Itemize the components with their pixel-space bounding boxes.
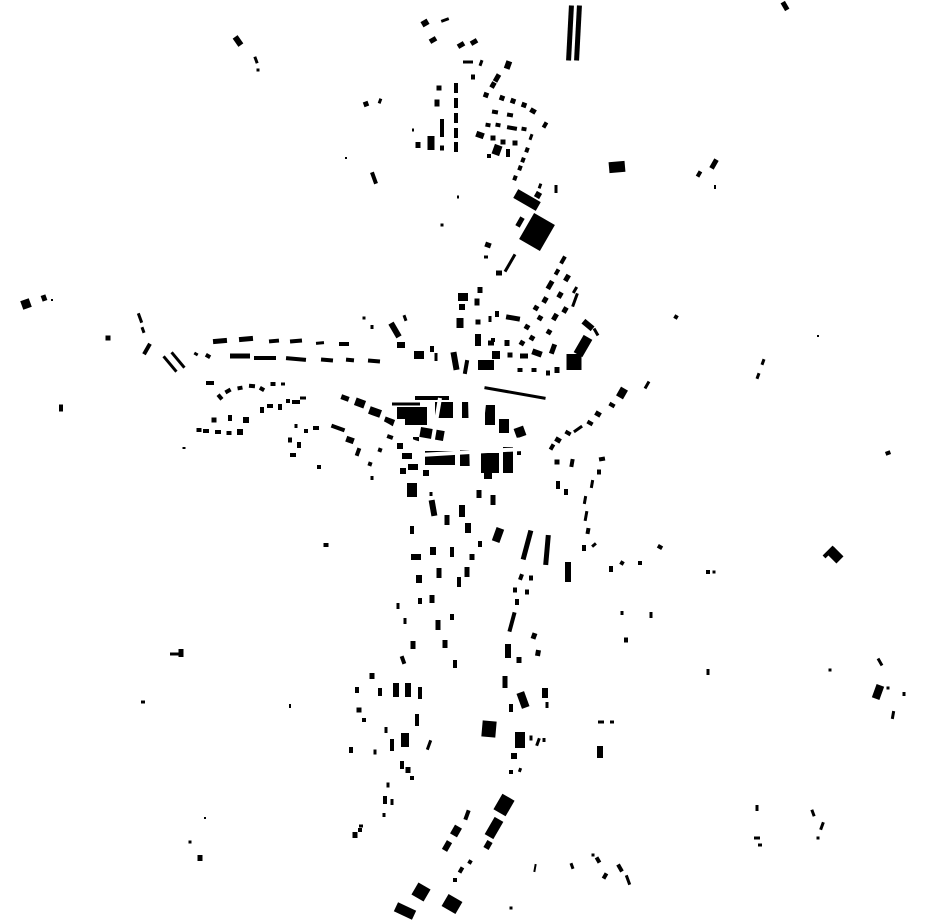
building-footprint: [357, 708, 362, 713]
building-footprint: [260, 407, 264, 413]
building-footprint: [608, 402, 615, 408]
building-footprint: [317, 465, 321, 469]
building-footprint: [499, 95, 505, 101]
building-footprint: [378, 98, 383, 104]
building-footprint: [435, 353, 438, 361]
building-footprint: [609, 161, 626, 173]
building-footprint: [411, 882, 430, 901]
building-footprint: [885, 450, 891, 455]
building-footprint: [400, 761, 404, 769]
building-footprints: [20, 1, 905, 920]
building-footprint: [877, 658, 884, 666]
building-footprint: [505, 644, 511, 658]
building-footprint: [406, 767, 411, 773]
building-footprint: [426, 740, 432, 750]
building-footprint: [224, 388, 231, 394]
building-footprint: [508, 353, 513, 358]
building-footprint: [521, 530, 534, 560]
building-footprint: [475, 299, 480, 306]
building-footprint: [489, 316, 492, 322]
building-footprint: [410, 526, 414, 534]
building-footprint: [450, 614, 454, 620]
building-footprint: [363, 317, 366, 320]
building-footprint: [286, 399, 290, 403]
building-footprint: [394, 902, 416, 920]
building-footprint: [714, 185, 716, 189]
building-footprint: [392, 403, 420, 406]
building-footprint: [574, 335, 593, 357]
building-footprint: [492, 351, 500, 359]
building-footprint: [228, 415, 232, 421]
building-footprint: [609, 566, 613, 572]
building-footprint: [471, 75, 475, 80]
building-footprint: [517, 165, 522, 171]
building-footprint: [566, 5, 574, 60]
building-footprint: [529, 335, 536, 342]
building-footprint: [599, 457, 606, 462]
building-footprint: [368, 358, 380, 363]
building-footprint: [483, 840, 492, 850]
building-footprint: [445, 515, 450, 525]
building-footprint: [495, 123, 501, 128]
building-footprint: [496, 271, 502, 276]
building-footprint: [453, 660, 457, 668]
building-footprint: [198, 855, 203, 861]
building-footprint: [505, 340, 510, 346]
building-footprint: [546, 702, 549, 708]
building-footprint: [440, 146, 444, 151]
building-footprint: [189, 841, 192, 844]
building-footprint: [41, 294, 48, 301]
building-footprint: [465, 523, 471, 533]
building-footprint: [529, 576, 533, 581]
building-footprint: [418, 687, 422, 699]
building-footprint: [509, 770, 513, 774]
building-footprint: [507, 113, 514, 118]
building-footprint: [405, 407, 427, 425]
building-footprint: [405, 683, 411, 697]
building-footprint: [51, 299, 53, 301]
building-footprint: [401, 733, 409, 747]
building-footprint: [205, 353, 211, 359]
building-footprint: [555, 367, 560, 373]
building-footprint: [237, 386, 243, 391]
building-footprint: [402, 453, 412, 459]
building-footprint: [339, 342, 349, 346]
building-footprint: [457, 577, 461, 587]
building-footprint: [367, 461, 372, 466]
building-footprint: [510, 907, 513, 910]
building-footprint: [290, 453, 296, 457]
building-footprint: [142, 343, 151, 355]
building-footprint: [430, 547, 436, 555]
building-footprint: [624, 638, 628, 643]
building-footprint: [535, 738, 541, 747]
building-footprint: [355, 448, 361, 457]
building-footprint: [504, 60, 512, 70]
building-footprint: [586, 420, 593, 426]
building-footprint: [450, 547, 454, 557]
building-footprint: [504, 254, 517, 273]
building-footprint: [487, 154, 491, 158]
building-footprint: [507, 125, 518, 131]
building-footprint: [269, 339, 279, 344]
building-footprint: [521, 102, 527, 108]
building-footprint: [297, 442, 301, 448]
building-footprint: [517, 657, 522, 663]
building-footprint: [518, 368, 523, 372]
building-footprint: [488, 341, 494, 346]
building-footprint: [454, 83, 458, 93]
building-footprint: [530, 736, 533, 741]
building-footprint: [435, 100, 440, 107]
building-footprint: [397, 603, 400, 609]
building-footprint: [457, 41, 466, 49]
building-footprint: [239, 336, 253, 342]
building-footprint: [481, 720, 496, 737]
building-footprint: [616, 864, 623, 873]
building-footprint: [197, 428, 202, 432]
building-footprint: [529, 107, 537, 114]
building-footprint: [428, 136, 435, 150]
building-footprint: [362, 718, 366, 722]
building-footprint: [281, 383, 285, 386]
building-footprint: [429, 500, 438, 517]
building-footprint: [458, 293, 468, 301]
building-footprint: [253, 56, 258, 64]
building-footprint: [397, 443, 403, 449]
building-footprint: [423, 470, 429, 476]
building-footprint: [470, 38, 479, 46]
building-footprint: [288, 438, 292, 443]
building-footprint: [563, 274, 571, 283]
building-footprint: [503, 676, 508, 688]
building-footprint: [593, 328, 600, 336]
building-footprint: [483, 92, 489, 98]
building-footprint: [304, 429, 308, 433]
building-footprint: [570, 863, 575, 870]
building-footprint: [506, 149, 510, 157]
building-footprint: [454, 128, 458, 138]
building-footprint: [259, 386, 265, 392]
building-footprint: [249, 384, 255, 389]
building-footprint: [506, 314, 521, 321]
building-footprint: [378, 688, 382, 696]
building-footprint: [517, 691, 530, 709]
building-footprint: [457, 196, 459, 199]
building-footprint: [457, 318, 464, 328]
building-footprint: [481, 453, 499, 473]
building-footprint: [416, 142, 421, 148]
building-footprint: [492, 110, 499, 115]
building-footprint: [518, 768, 522, 773]
building-footprint: [484, 386, 546, 400]
building-footprint: [513, 141, 518, 146]
building-footprint: [574, 5, 582, 60]
building-footprint: [546, 371, 550, 376]
building-footprint: [484, 256, 488, 259]
building-footprint: [625, 875, 631, 885]
building-footprint: [443, 640, 448, 648]
building-footprint: [533, 864, 536, 872]
building-footprint: [556, 291, 563, 299]
building-footprint: [810, 809, 815, 817]
building-footprint: [463, 360, 469, 374]
building-footprint: [393, 683, 399, 697]
building-footprint: [541, 296, 548, 304]
building-footprint: [586, 528, 591, 535]
building-footprint: [390, 739, 394, 751]
building-footprint: [569, 459, 574, 468]
street-gap: [470, 398, 472, 480]
building-footprint: [510, 98, 516, 104]
building-footprint: [903, 692, 906, 696]
building-footprint: [476, 320, 481, 325]
building-footprint: [271, 382, 276, 386]
building-footprint: [415, 396, 449, 400]
building-footprint: [564, 430, 571, 436]
building-footprint: [411, 641, 416, 649]
building-footprint: [383, 813, 386, 817]
building-footprint: [602, 872, 608, 879]
building-footprint: [374, 750, 377, 755]
building-footprint: [542, 688, 548, 698]
building-footprint: [475, 334, 481, 346]
building-footprint: [756, 373, 761, 380]
building-footprint: [567, 354, 582, 370]
building-footprint: [420, 19, 429, 28]
building-footprint: [515, 216, 524, 227]
building-footprint: [592, 854, 595, 857]
building-footprint: [404, 618, 407, 624]
building-footprint: [891, 711, 895, 719]
building-footprint: [546, 280, 555, 290]
building-footprint: [257, 69, 260, 72]
building-footprint: [387, 783, 390, 788]
building-footprint: [430, 595, 435, 603]
figure-ground-map: [0, 0, 930, 924]
building-footprint: [230, 354, 250, 359]
building-footprint: [410, 776, 414, 780]
building-footprint: [437, 568, 442, 578]
building-footprint: [511, 753, 517, 759]
building-footprint: [781, 1, 790, 11]
building-footprint: [485, 123, 491, 128]
building-footprint: [597, 470, 601, 475]
building-footprint: [564, 489, 568, 495]
building-footprint: [819, 822, 825, 831]
building-footprint: [454, 98, 458, 108]
building-footprint: [441, 224, 444, 227]
building-footprint: [485, 817, 504, 839]
building-footprint: [817, 335, 819, 337]
building-footprint: [475, 131, 485, 139]
building-footprint: [141, 327, 146, 334]
building-footprint: [555, 460, 560, 465]
building-footprint: [491, 136, 496, 141]
building-footprint: [591, 542, 597, 548]
building-footprint: [436, 620, 441, 630]
building-footprint: [450, 825, 462, 838]
building-footprint: [621, 611, 624, 615]
building-footprint: [583, 496, 587, 504]
building-footprint: [538, 183, 543, 189]
building-footprint: [489, 81, 496, 89]
building-footprint: [524, 324, 531, 331]
building-footprint: [515, 599, 519, 605]
building-footprint: [321, 357, 333, 362]
building-footprint: [519, 213, 555, 251]
building-footprint: [429, 36, 438, 44]
building-footprint: [20, 298, 32, 310]
building-footprint: [463, 810, 470, 821]
building-footprint: [758, 844, 762, 847]
building-footprint: [442, 840, 452, 852]
building-footprint: [213, 338, 227, 344]
building-footprint: [571, 293, 579, 307]
building-footprint: [673, 314, 678, 319]
building-footprint: [467, 859, 472, 864]
building-footprint: [286, 356, 306, 362]
building-footprint: [644, 381, 651, 389]
building-footprint: [531, 632, 538, 639]
building-footprint: [243, 417, 249, 423]
building-footprint: [407, 483, 417, 497]
building-footprint: [706, 570, 710, 574]
building-footprint: [454, 113, 458, 123]
building-footprint: [346, 358, 354, 363]
building-footprint: [484, 242, 491, 249]
building-footprint: [594, 410, 602, 417]
street-gap: [480, 395, 485, 440]
building-footprint: [581, 319, 594, 331]
building-footprint: [441, 17, 450, 23]
building-footprint: [458, 866, 464, 873]
building-footprint: [278, 404, 282, 410]
building-footprint: [353, 832, 358, 838]
building-footprint: [529, 134, 534, 141]
building-footprint: [478, 360, 494, 370]
building-footprint: [532, 368, 537, 372]
building-footprint: [237, 429, 243, 435]
building-footprint: [565, 562, 571, 582]
building-footprint: [227, 431, 232, 435]
building-footprint: [289, 704, 291, 708]
building-footprint: [418, 598, 422, 604]
building-footprint: [478, 287, 483, 293]
building-footprint: [106, 336, 111, 341]
building-footprint: [316, 341, 324, 345]
building-footprint: [430, 346, 434, 352]
building-footprint: [212, 418, 217, 423]
building-footprint: [217, 393, 224, 400]
building-footprint: [696, 170, 702, 177]
building-footprint: [543, 535, 551, 565]
building-footprint: [194, 352, 199, 357]
building-footprint: [215, 430, 221, 434]
building-footprint: [519, 340, 526, 347]
building-footprint: [518, 573, 524, 580]
building-footprint: [416, 575, 422, 583]
building-footprint: [493, 794, 514, 817]
building-footprint: [371, 476, 374, 480]
building-footprint: [386, 434, 393, 440]
building-footprint: [533, 305, 540, 312]
building-footprint: [363, 101, 369, 107]
building-footprint: [507, 612, 516, 632]
building-footprint: [477, 490, 482, 498]
building-footprint: [385, 727, 388, 733]
building-footprint: [137, 313, 143, 323]
building-footprint: [512, 175, 517, 181]
building-footprint: [542, 121, 548, 128]
building-footprint: [525, 590, 529, 595]
building-footprint: [440, 119, 444, 137]
building-footprint: [573, 425, 583, 433]
building-footprint: [465, 567, 470, 577]
building-footprint: [559, 256, 566, 265]
building-footprint: [650, 612, 653, 618]
building-footprint: [267, 404, 273, 408]
building-footprint: [499, 419, 509, 433]
building-footprint: [233, 35, 244, 47]
building-footprint: [370, 673, 375, 679]
building-footprint: [324, 543, 329, 547]
building-footprint: [340, 394, 349, 401]
building-footprint: [450, 352, 459, 371]
building-footprint: [549, 343, 557, 354]
building-footprint: [521, 127, 527, 132]
building-footprint: [290, 338, 302, 343]
building-footprint: [555, 185, 558, 193]
building-footprint: [754, 837, 760, 840]
building-footprint: [203, 429, 209, 433]
building-footprint: [206, 381, 214, 385]
building-footprint: [590, 480, 594, 488]
building-footprint: [535, 650, 541, 657]
building-footprint: [430, 492, 433, 496]
building-footprint: [383, 796, 387, 804]
building-footprint: [520, 354, 528, 359]
building-footprint: [292, 400, 300, 404]
building-footprint: [509, 704, 513, 712]
building-footprint: [595, 856, 601, 863]
building-footprint: [598, 721, 604, 724]
building-footprint: [756, 805, 759, 811]
building-footprint: [377, 447, 382, 452]
building-footprint: [492, 144, 503, 156]
building-footprint: [400, 656, 406, 665]
building-footprint: [495, 311, 499, 317]
building-footprint: [478, 541, 482, 547]
building-footprint: [453, 878, 457, 882]
building-footprint: [584, 511, 589, 521]
building-footprint: [551, 313, 559, 322]
building-footprint: [412, 129, 414, 132]
building-footprint: [556, 481, 560, 489]
building-footprint: [514, 426, 527, 439]
building-footprint: [493, 73, 501, 82]
building-footprint: [141, 701, 145, 704]
building-footprint: [415, 714, 419, 726]
building-footprint: [295, 424, 298, 428]
building-footprint: [479, 60, 484, 67]
building-footprint: [485, 405, 495, 425]
building-footprint: [827, 547, 844, 564]
building-footprint: [463, 61, 473, 64]
building-footprint: [537, 315, 544, 322]
building-footprint: [414, 351, 424, 359]
